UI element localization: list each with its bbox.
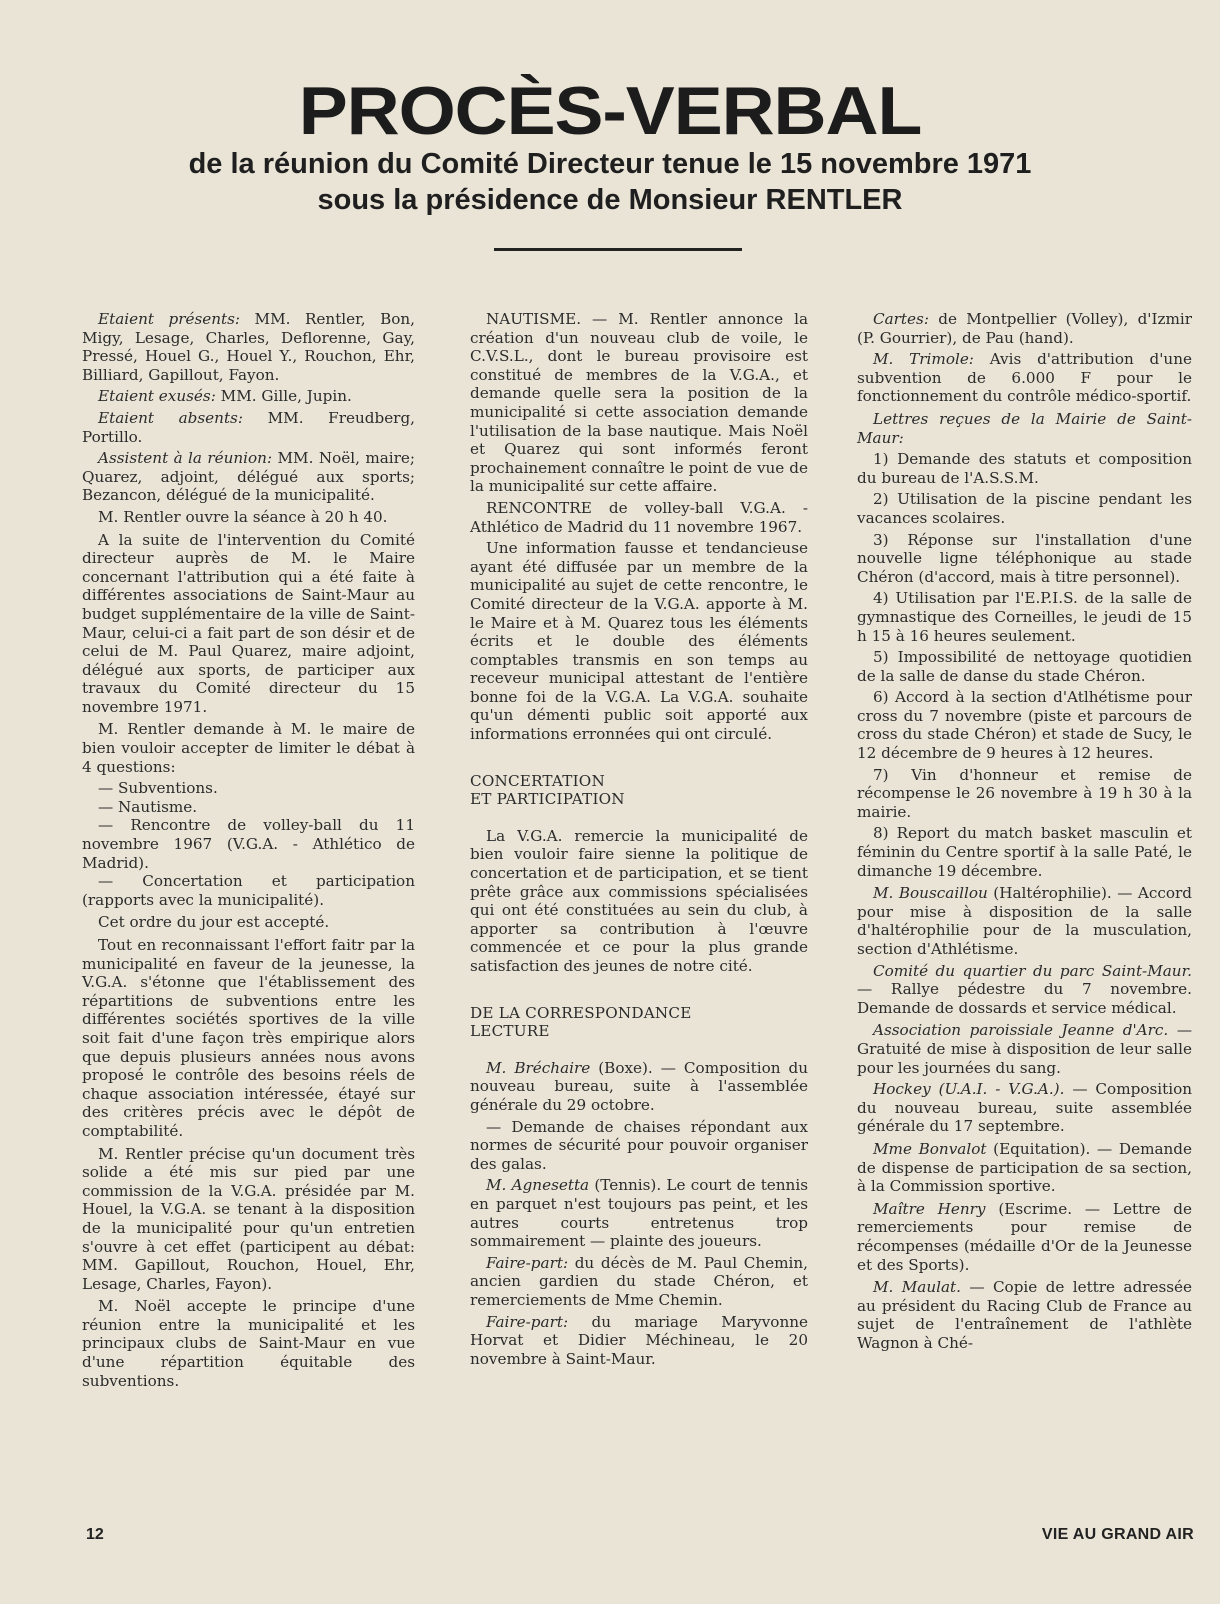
column-2: NAUTISME. — M. Rentler annonce la créati… — [470, 310, 808, 1371]
page-number: 12 — [86, 1526, 104, 1544]
letter-cartes: Cartes: de Montpellier (Volley), d'Izmir… — [857, 310, 1192, 347]
attendees-absent: Etaient absents: MM. Freudberg, Portillo… — [82, 409, 415, 446]
letter-hockey: Hockey (U.A.I. - V.G.A.). — Composition … — [857, 1080, 1192, 1136]
paragraph-subsidies: Tout en reconnaissant l'effort faitr par… — [82, 936, 415, 1141]
column-1: Etaient présents: MM. Rentler, Bon, Migy… — [82, 310, 415, 1393]
paragraph-opening: M. Rentler ouvre la séance à 20 h 40. — [82, 508, 415, 527]
subtitle-line-1: de la réunion du Comité Directeur tenue … — [0, 148, 1220, 181]
column-3: Cartes: de Montpellier (Volley), d'Izmir… — [857, 310, 1192, 1355]
magazine-name: VIE AU GRAND AIR — [1042, 1526, 1194, 1544]
subtitle-line-2: sous la présidence de Monsieur RENTLER — [0, 184, 1220, 217]
announcement-death: Faire-part: du décès de M. Paul Chemin, … — [470, 1254, 808, 1310]
mairie-letter-item: 4) Utilisation par l'E.P.I.S. de la sall… — [857, 589, 1192, 645]
section-heading-correspondance: DE LA CORRESPONDANCELECTURE — [470, 1004, 808, 1041]
mairie-letter-item: 1) Demande des statuts et composition du… — [857, 450, 1192, 487]
paragraph-information: Une information fausse et tendancieuse a… — [470, 539, 808, 744]
paragraph-request: M. Rentler demande à M. le maire de bien… — [82, 720, 415, 776]
agenda-item: — Rencontre de volley-ball du 11 novembr… — [82, 816, 415, 872]
mairie-letter-item: 2) Utilisation de la piscine pendant les… — [857, 490, 1192, 527]
attendees-excused: Etaient exusés: MM. Gille, Jupin. — [82, 387, 415, 406]
paragraph-nautisme: NAUTISME. — M. Rentler annonce la créati… — [470, 310, 808, 496]
mairie-letter-item: 3) Réponse sur l'installation d'une nouv… — [857, 531, 1192, 587]
agenda-item: — Concertation et participation (rapport… — [82, 872, 415, 909]
letter-bonvalot: Mme Bonvalot (Equitation). — Demande de … — [857, 1140, 1192, 1196]
paragraph-noel: M. Noël accepte le principe d'une réunio… — [82, 1297, 415, 1390]
mairie-letter-item: 8) Report du match basket masculin et fé… — [857, 824, 1192, 880]
section-heading-concertation: CONCERTATIONET PARTICIPATION — [470, 772, 808, 809]
letter-henry: Maître Henry (Escrime. — Lettre de remer… — [857, 1200, 1192, 1274]
agenda-item: — Subventions. — [82, 779, 415, 798]
letter-trimole: M. Trimole: Avis d'attribution d'une sub… — [857, 350, 1192, 406]
mairie-letter-item: 5) Impossibilité de nettoyage quotidien … — [857, 648, 1192, 685]
letter-association: Association paroissiale Jeanne d'Arc. — … — [857, 1021, 1192, 1077]
paragraph-rencontre: RENCONTRE de volley-ball V.G.A. - Athlét… — [470, 499, 808, 536]
magazine-page: PROCÈS-VERBAL de la réunion du Comité Di… — [0, 0, 1220, 1604]
letter-brechaire-request: — Demande de chaises répondant aux norme… — [470, 1118, 808, 1174]
attendees-guests: Assistent à la réunion: MM. Noël, maire;… — [82, 449, 415, 505]
letter-comite-quartier: Comité du quartier du parc Saint-Maur. —… — [857, 962, 1192, 1018]
paragraph-concertation: La V.G.A. remercie la municipalité de bi… — [470, 827, 808, 976]
attendees-present: Etaient présents: MM. Rentler, Bon, Migy… — [82, 310, 415, 384]
paragraph-intervention: A la suite de l'intervention du Comité d… — [82, 531, 415, 717]
paragraph-agenda-accepted: Cet ordre du jour est accepté. — [82, 913, 415, 932]
letter-brechaire: M. Bréchaire (Boxe). — Composition du no… — [470, 1059, 808, 1115]
title-divider — [494, 248, 742, 251]
mairie-letters-heading: Lettres reçues de la Mairie de Saint-Mau… — [857, 410, 1192, 447]
mairie-letter-item: 6) Accord à la section d'Atlhétisme pour… — [857, 688, 1192, 762]
letter-agnesetta: M. Agnesetta (Tennis). Le court de tenni… — [470, 1176, 808, 1250]
agenda-item: — Nautisme. — [82, 798, 415, 817]
letter-bouscaillou: M. Bouscaillou (Haltérophilie). — Accord… — [857, 884, 1192, 958]
page-title: PROCÈS-VERBAL — [0, 72, 1220, 150]
letter-maulat: M. Maulat. — Copie de lettre adressée au… — [857, 1278, 1192, 1352]
announcement-wedding: Faire-part: du mariage Maryvonne Horvat … — [470, 1313, 808, 1369]
mairie-letter-item: 7) Vin d'honneur et remise de récompense… — [857, 766, 1192, 822]
paragraph-commission: M. Rentler précise qu'un document très s… — [82, 1145, 415, 1294]
